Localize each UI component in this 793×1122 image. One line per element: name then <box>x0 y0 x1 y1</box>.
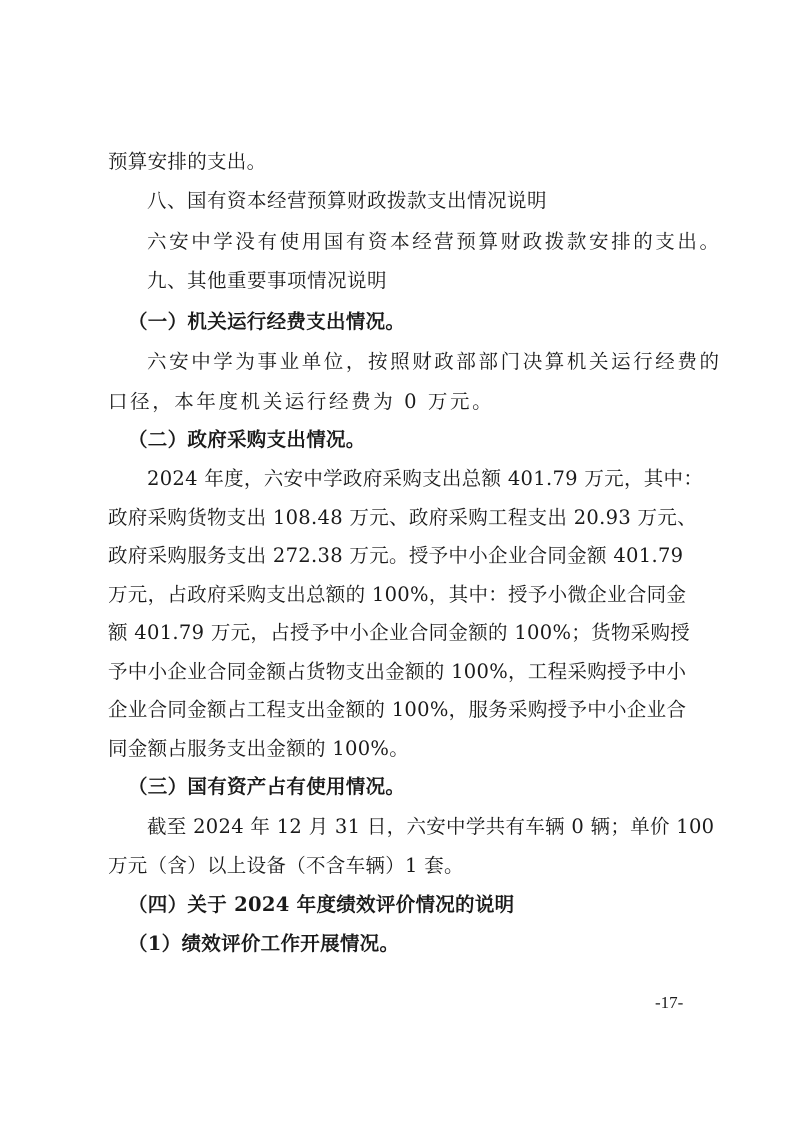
body-text-line: 企业合同金额占工程支出金额的 100%，服务采购授予中小企业合 <box>108 698 686 722</box>
subsection-heading-2: （二）政府采购支出情况。 <box>128 428 366 452</box>
subsection-heading-4: （四）关于 2024 年度绩效评价情况的说明 <box>128 893 514 917</box>
body-text-line: 万元（含）以上设备（不含车辆）1 套。 <box>108 854 464 878</box>
body-text-line: 政府采购货物支出 108.48 万元、政府采购工程支出 20.93 万元、 <box>108 506 697 530</box>
section-heading-8: 八、国有资本经营预算财政拨款支出情况说明 <box>147 189 547 213</box>
body-text-line: 截至 2024 年 12 月 31 日，六安中学共有车辆 0 辆；单价 100 <box>147 815 714 839</box>
subsection-heading-1: （一）机关运行经费支出情况。 <box>128 310 405 334</box>
body-text-line: 予中小企业合同金额占货物支出金额的 100%，工程采购授予中小 <box>108 660 686 684</box>
subsection-heading-3: （三）国有资产占有使用情况。 <box>128 775 405 799</box>
body-text-line: 2024 年度，六安中学政府采购支出总额 401.79 万元，其中： <box>147 467 703 491</box>
body-text-line: 额 401.79 万元，占授予中小企业合同金额的 100%；货物采购授 <box>108 621 690 645</box>
body-text-line: 六安中学为事业单位，按照财政部部门决算机关运行经费的 <box>147 350 722 374</box>
section-heading-9: 九、其他重要事项情况说明 <box>147 269 387 293</box>
body-text-line: 万元，占政府采购支出总额的 100%，其中：授予小微企业合同金 <box>108 583 686 607</box>
body-text-line: 同金额占服务支出金额的 100%。 <box>108 737 409 761</box>
body-text-line: 口径，本年度机关运行经费为 0 万元。 <box>108 390 494 414</box>
body-text-line: 预算安排的支出。 <box>108 150 266 174</box>
body-text-line: 政府采购服务支出 272.38 万元。授予中小企业合同金额 401.79 <box>108 544 683 568</box>
body-text-line: 六安中学没有使用国有资本经营预算财政拨款安排的支出。 <box>147 230 722 254</box>
page-number: -17- <box>655 993 683 1013</box>
subsection-heading-4-1: （1）绩效评价工作开展情况。 <box>128 932 399 956</box>
